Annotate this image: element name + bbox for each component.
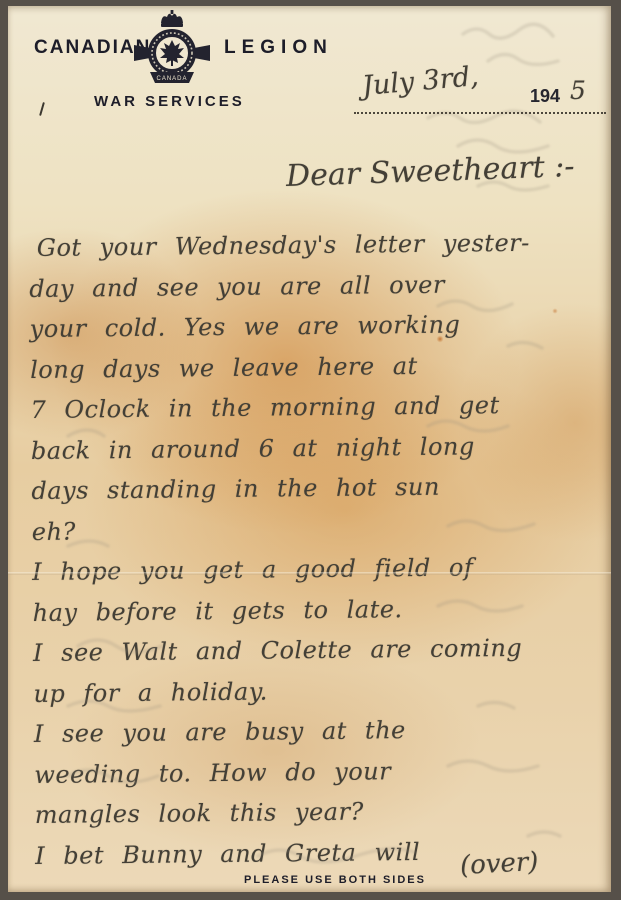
scan-frame: CANADIAN CANADA LEGION WAR SERVICES July… bbox=[0, 0, 621, 900]
date-year-digit: 5 bbox=[570, 76, 586, 105]
org-name-right: LEGION bbox=[224, 37, 333, 59]
crest-banner-text: CANADA bbox=[156, 76, 187, 82]
canadian-legion-crest-icon: CANADA bbox=[128, 10, 216, 86]
date-printed-year-prefix: 194 bbox=[530, 86, 560, 107]
date-line: July 3rd, 194 5 bbox=[354, 70, 606, 114]
printed-footer-note: PLEASE USE BOTH SIDES bbox=[244, 874, 426, 886]
paper-fold-crease bbox=[8, 572, 611, 575]
org-subtitle: WAR SERVICES bbox=[94, 93, 245, 110]
letter-page: CANADIAN CANADA LEGION WAR SERVICES July… bbox=[8, 6, 611, 892]
over-note: (over) bbox=[459, 847, 539, 881]
bleed-through-writing bbox=[8, 6, 611, 892]
